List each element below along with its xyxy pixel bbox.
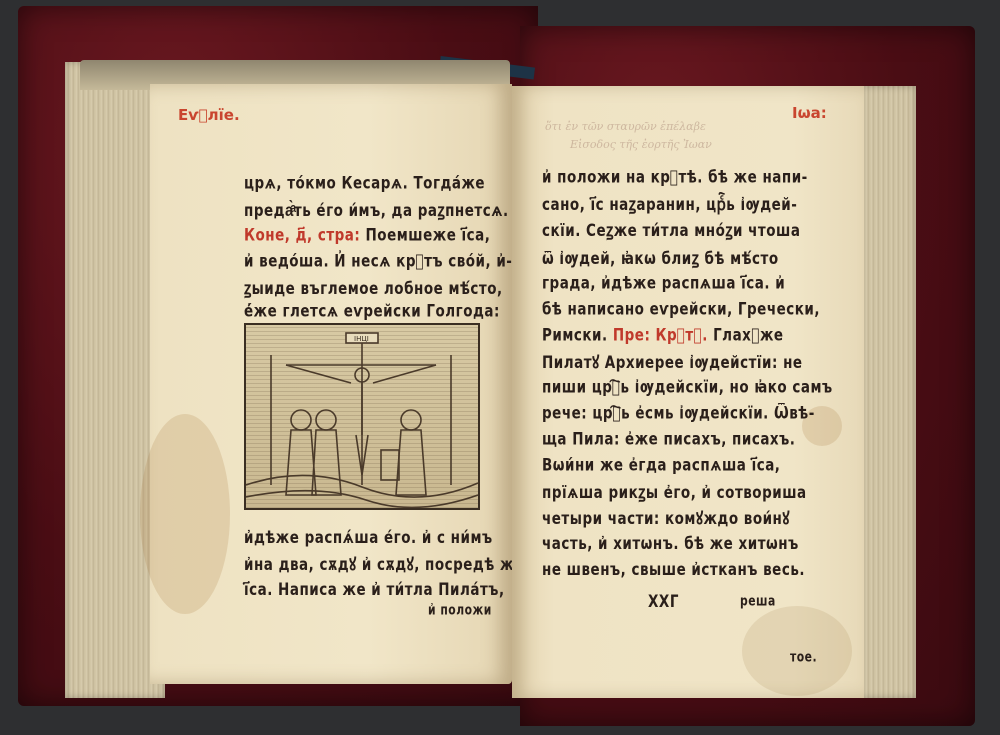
faint-handwritten-note-1: ὅτι ἐν τῶν σταυρῶν ἐπέλαβε — [545, 120, 706, 133]
bottom-catchword: тое. — [790, 649, 817, 665]
faint-handwritten-note-2: Εἰσοδος τῆς ἐορτῆς Ἰωαν — [570, 138, 712, 151]
rubric-text: Пре: Крⷮтꙋ. — [613, 325, 708, 346]
right-line-8: Пилатꙋ Архиерее і҆ѹдейстїи: не — [542, 351, 803, 374]
right-line-12: Вѡи́ни же е҆гда распѧша і҃са, — [542, 455, 780, 476]
rubric-following-text: Глахꙋже — [713, 325, 783, 346]
foxing-stain — [140, 414, 230, 614]
left-line-1: црѧ, то́кмо Кесарѧ. Тогда́же — [244, 173, 485, 194]
crucifixion-woodcut: ІНЦІ — [244, 323, 480, 510]
right-line-15: часть, и҆ хитѡнъ. бѣ же хитѡнъ — [542, 533, 799, 554]
right-line-2: сано, і҃с наꙁаранин, црⷭ҇ь і҆ѹдей- — [542, 193, 797, 216]
page-stack-right — [860, 86, 916, 698]
right-line-3: скїи. Сеꙁже ти́тла мно́ꙁи чтоша — [542, 219, 800, 242]
right-running-head: Іѡа: — [792, 104, 827, 122]
right-line-10: рече: црⷭ҇ь е҆смь і҆ѹдейскїи. Ѿвѣ- — [542, 403, 815, 424]
left-catchword: и҆ положи — [428, 602, 492, 618]
left-running-head: Еѵⷶлїе. — [178, 106, 240, 124]
left-line-4: и҆ ведо́ша. И҆ несѧ крⷮтъ сво́й, и҆- — [244, 251, 512, 272]
right-catchword: реша — [740, 593, 776, 609]
right-line-14: четыри части: комꙋждо вои́нꙋ — [542, 507, 790, 530]
left-line-2: предаͣ̀ть е́го и́мъ, да раꙁпнетсѧ. — [244, 199, 509, 222]
svg-text:ІНЦІ: ІНЦІ — [354, 335, 369, 343]
right-line-11: ща Пила: е҆же писахъ, писахъ. — [542, 429, 795, 450]
signature-mark: ХХГ — [648, 591, 679, 612]
rubric-preceding-text: Римски. — [542, 325, 608, 346]
right-line-4: ѿ і҆ѹдей, ꙗ҆кѡ блиꙁ бѣ мѣ́сто — [542, 247, 779, 270]
right-line-16: не швенъ, свыше и҆стканъ весь. — [542, 559, 805, 580]
right-line-1: и҆ положи на крⷮтѣ. бѣ же напи- — [542, 167, 808, 188]
left-line-8: и҆на два, сѫдꙋ и҆ сѫдꙋ, посредѣ же — [244, 553, 524, 576]
crucifixion-illustration: ІНЦІ — [246, 325, 478, 508]
right-rubric-line: Римски. Пре: Крⷮтꙋ. Глахꙋже — [542, 325, 784, 346]
right-line-6: бѣ написано еѵрейски, Гречески, — [542, 299, 820, 320]
right-line-9: пиши црⷭ҇ь і҆ѹдейскїи, но ꙗ҆ко самъ — [542, 377, 833, 398]
left-line-5: ꙁыиде въглемое лобное мѣ́сто, — [244, 277, 503, 300]
rubric-following-text: Поемшеже і҃са, — [366, 225, 491, 246]
left-line-7: и҆дѣже распѧ́ша е́го. и҆ с ни́мъ — [244, 527, 493, 548]
right-line-13: прїѧша рикꙁы е҆го, и҆ сотвориша — [542, 481, 807, 504]
left-rubric-line: Коне, д҃, стра: Поемшеже і҃са, — [244, 225, 490, 246]
rubric-text: Коне, д҃, стра: — [244, 225, 360, 246]
left-line-9: і҃са. Написа же и҆ ти́тла Пила́тъ, — [244, 579, 505, 600]
left-line-6: е҆́же глетсѧ еѵрейски Голгода: — [244, 301, 500, 322]
right-line-5: града, и҆дѣже распѧша і҃са. и҆ — [542, 273, 785, 294]
